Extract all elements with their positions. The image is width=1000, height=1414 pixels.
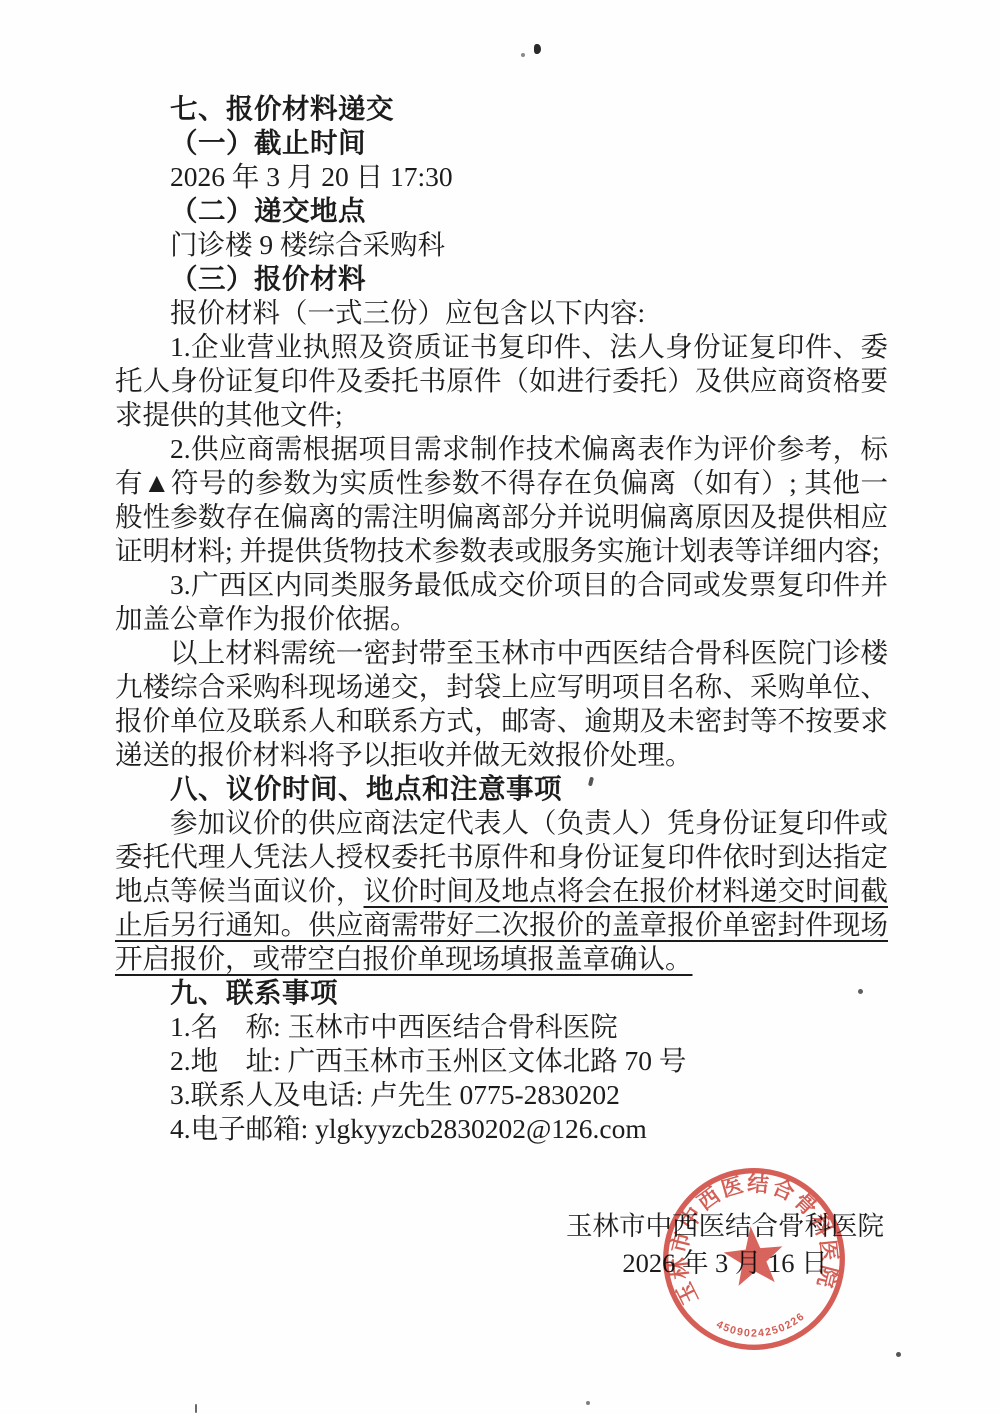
materials-intro: 报价材料（一式三份）应包含以下内容:	[115, 296, 888, 330]
scan-artifact-dot	[195, 1404, 197, 1413]
official-seal: 玉林市中西医结合骨科医院 4509024250226	[647, 1152, 860, 1365]
section-9-heading: 九、联系事项	[115, 976, 888, 1010]
scan-artifact-dot	[534, 44, 541, 54]
deadline-subheading: （一）截止时间	[115, 126, 888, 160]
sealing-instructions: 以上材料需统一密封带至玉林市中西医结合骨科医院门诊楼九楼综合采购科现场递交，封袋…	[115, 636, 888, 772]
scan-artifact-dot	[521, 53, 525, 57]
seal-star-icon	[721, 1223, 786, 1287]
materials-subheading: （三）报价材料	[115, 262, 888, 296]
location-subheading: （二）递交地点	[115, 194, 888, 228]
scan-artifact-dot	[858, 989, 863, 994]
contact-email: 4.电子邮箱: ylgkyyzcb2830202@126.com	[115, 1112, 888, 1146]
contact-person-phone: 3.联系人及电话: 卢先生 0775-2830202	[115, 1078, 888, 1112]
deadline-date: 2026 年 3 月 20 日 17:30	[115, 160, 888, 194]
negotiation-paragraph: 参加议价的供应商法定代表人（负责人）凭身份证复印件或委托代理人凭法人授权委托书原…	[115, 806, 888, 976]
scan-artifact-dot	[896, 1352, 901, 1357]
contact-name: 1.名 称: 玉林市中西医结合骨科医院	[115, 1010, 888, 1044]
section-8-heading: 八、议价时间、地点和注意事项	[115, 772, 888, 806]
location-value: 门诊楼 9 楼综合采购科	[115, 228, 888, 262]
materials-item-3: 3.广西区内同类服务最低成交价项目的合同或发票复印件并加盖公章作为报价依据。	[115, 568, 888, 636]
scan-artifact-dot	[586, 1401, 590, 1405]
contact-address: 2.地 址: 广西玉林市玉州区文体北路 70 号	[115, 1044, 888, 1078]
section-7-heading: 七、报价材料递交	[115, 92, 888, 126]
materials-item-2: 2.供应商需根据项目需求制作技术偏离表作为评价参考，标有▲符号的参数为实质性参数…	[115, 432, 888, 568]
materials-item-1: 1.企业营业执照及资质证书复印件、法人身份证复印件、委托人身份证复印件及委托书原…	[115, 330, 888, 432]
document-body: 七、报价材料递交 （一）截止时间 2026 年 3 月 20 日 17:30 （…	[115, 92, 888, 1146]
